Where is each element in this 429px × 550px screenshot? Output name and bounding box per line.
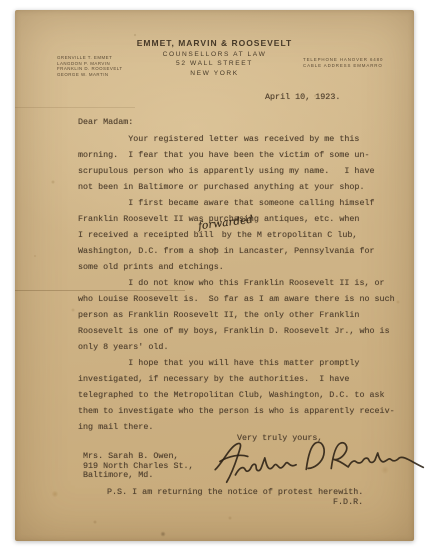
salutation: Dear Madam: bbox=[78, 117, 133, 127]
signature-handwriting bbox=[212, 430, 426, 493]
body-line: not been in Baltimore or purchased anyth… bbox=[78, 179, 395, 195]
postscript-initials: F.D.R. bbox=[333, 497, 363, 507]
insertion-after-text: by the M etropolitan C lub, bbox=[217, 230, 358, 240]
recipient-line: Baltimore, Md. bbox=[83, 471, 194, 481]
body-line: investigated, if necessary by the author… bbox=[78, 371, 395, 387]
contact-line: TELEPHONE HANOVER 6480 bbox=[303, 57, 383, 63]
body-line-with-insertion: I received a receipted bill^forwarded by… bbox=[78, 227, 395, 243]
contact-line: CABLE ADDRESS EMMARRO bbox=[303, 63, 383, 69]
body-line: I hope that you will have this matter pr… bbox=[78, 355, 395, 371]
body-line: I do not know who this Franklin Roosevel… bbox=[78, 275, 395, 291]
fold-crease bbox=[15, 107, 135, 108]
partners-list: GRENVILLE T. EMMETLANGDON P. MARVINFRANK… bbox=[57, 55, 123, 77]
body-line: person as Franklin Roosevelt II, the onl… bbox=[78, 307, 395, 323]
caret-mark: ^ bbox=[213, 243, 217, 259]
body-line: I first became aware that someone callin… bbox=[78, 195, 395, 211]
firm-name: EMMET, MARVIN & ROOSEVELT bbox=[15, 38, 414, 48]
body-line: scrupulous person who is apparently usin… bbox=[78, 163, 395, 179]
insertion-before-text: I received a receipted bill bbox=[78, 230, 214, 240]
letter-date: April 10, 1923. bbox=[265, 92, 340, 102]
body-line: Washington, D.C. from a shop in Lancaste… bbox=[78, 243, 395, 259]
letter-paper: EMMET, MARVIN & ROOSEVELT COUNSELLORS AT… bbox=[15, 10, 414, 541]
body-line: Roosevelt is one of my boys, Franklin D.… bbox=[78, 323, 395, 339]
body-line: only 8 years' old. bbox=[78, 339, 395, 355]
partner-name: FRANKLIN D. ROOSEVELT bbox=[57, 66, 123, 72]
recipient-address: Mrs. Sarah B. Owen,919 North Charles St.… bbox=[83, 452, 194, 481]
body-line: them to investigate who the person is wh… bbox=[78, 403, 395, 419]
body-line: Your registered letter was received by m… bbox=[78, 131, 395, 147]
body-line: who Louise Roosevelt is. So far as I am … bbox=[78, 291, 395, 307]
postscript: P.S. I am returning the notice of protes… bbox=[107, 487, 363, 497]
body-line: telegraphed to the Metropolitan Club, Wa… bbox=[78, 387, 395, 403]
partner-name: GEORGE W. MARTIN bbox=[57, 72, 123, 78]
body-line: morning. I fear that you have been the v… bbox=[78, 147, 395, 163]
body-lines-after: Washington, D.C. from a shop in Lancaste… bbox=[78, 243, 395, 435]
body-line: some old prints and etchings. bbox=[78, 259, 395, 275]
letter-body: Your registered letter was received by m… bbox=[78, 131, 395, 435]
photo-background: EMMET, MARVIN & ROOSEVELT COUNSELLORS AT… bbox=[0, 0, 429, 550]
contact-info: TELEPHONE HANOVER 6480CABLE ADDRESS EMMA… bbox=[303, 57, 383, 68]
